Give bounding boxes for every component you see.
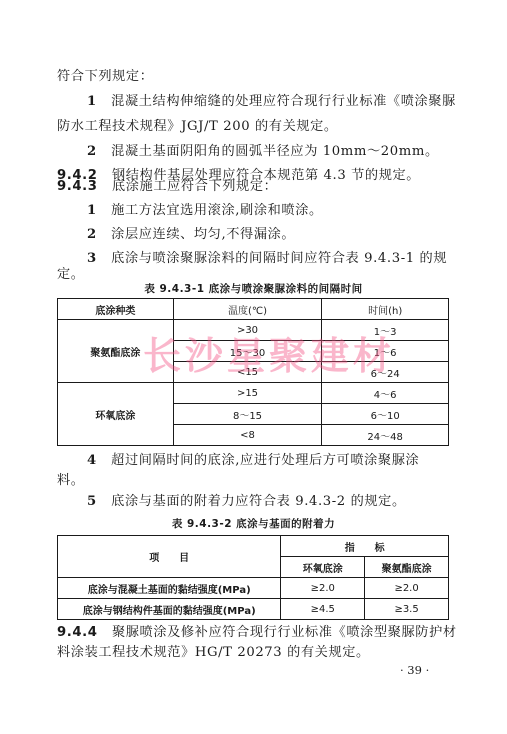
item-943-2: 2 涂层应连续、均匀,不得漏涂。 bbox=[87, 226, 295, 244]
header-item: 项 目 bbox=[58, 536, 281, 578]
table1-caption: 表 9.4.3-1 底涂与喷涂聚脲涂料的间隔时间 bbox=[0, 281, 507, 296]
item-943-4: 4 超过间隔时间的底涂,应进行处理后方可喷涂聚脲涂 bbox=[87, 452, 419, 470]
watermark: 长沙星聚建材 bbox=[143, 325, 395, 380]
time-cell: 4～6 bbox=[322, 383, 449, 404]
header-primer-type: 底涂种类 bbox=[58, 299, 174, 320]
temperature-cell: 8～15 bbox=[173, 404, 322, 425]
item-2: 2 混凝土基面阴阳角的圆弧半径应为 10mm～20mm。 bbox=[87, 143, 439, 161]
header-epoxy: 环氧底涂 bbox=[281, 557, 365, 578]
time-cell: 6～10 bbox=[322, 404, 449, 425]
table-header-row: 项 目 指 标 bbox=[58, 536, 449, 557]
header-polyurethane: 聚氨酯底涂 bbox=[365, 557, 449, 578]
primer-type-cell: 环氧底涂 bbox=[58, 383, 174, 446]
time-cell: 24～48 bbox=[322, 425, 449, 446]
value-cell: ≥2.0 bbox=[365, 578, 449, 599]
temperature-cell: >15 bbox=[173, 383, 322, 404]
value-cell: ≥3.5 bbox=[365, 599, 449, 620]
temperature-cell: <8 bbox=[173, 425, 322, 446]
value-cell: ≥2.0 bbox=[281, 578, 365, 599]
section-9-4-4: 9.4.4 聚脲喷涂及修补应符合现行行业标准《喷涂型聚脲防护材 bbox=[57, 624, 457, 642]
item-943-4-cont: 料。 bbox=[57, 472, 85, 490]
item-943-3: 3 底涂与喷涂聚脲涂料的间隔时间应符合表 9.4.3-1 的规 bbox=[87, 250, 447, 268]
item-cell: 底涂与钢结构件基面的黏结强度(MPa) bbox=[58, 599, 281, 620]
table-row: 环氧底涂 >15 4～6 bbox=[58, 383, 449, 404]
header-index: 指 标 bbox=[281, 536, 449, 557]
table-row: 底涂与钢结构件基面的黏结强度(MPa) ≥4.5 ≥3.5 bbox=[58, 599, 449, 620]
header-time: 时间(h) bbox=[322, 299, 449, 320]
adhesion-table: 项 目 指 标 环氧底涂 聚氨酯底涂 底涂与混凝土基面的黏结强度(MPa) ≥2… bbox=[57, 535, 449, 620]
header-temperature: 温度(℃) bbox=[173, 299, 322, 320]
page-number: · 39 · bbox=[400, 663, 429, 677]
paragraph-intro: 符合下列规定： bbox=[57, 68, 154, 86]
item-1-cont: 防水工程技术规程》JGJ/T 200 的有关规定。 bbox=[57, 118, 338, 136]
table-row: 底涂与混凝土基面的黏结强度(MPa) ≥2.0 ≥2.0 bbox=[58, 578, 449, 599]
item-943-1: 1 施工方法宜选用滚涂,刷涂和喷涂。 bbox=[87, 202, 323, 220]
item-1: 1 混凝土结构伸缩缝的处理应符合现行行业标准《喷涂聚脲 bbox=[87, 93, 456, 111]
value-cell: ≥4.5 bbox=[281, 599, 365, 620]
table2-caption: 表 9.4.3-2 底涂与基面的附着力 bbox=[0, 516, 507, 531]
table-header-row: 底涂种类 温度(℃) 时间(h) bbox=[58, 299, 449, 320]
section-9-4-4-cont: 料涂装工程技术规范》HG/T 20273 的有关规定。 bbox=[57, 644, 370, 662]
section-9-4-3: 9.4.3 底涂施工应符合下列规定： bbox=[57, 178, 277, 196]
item-cell: 底涂与混凝土基面的黏结强度(MPa) bbox=[58, 578, 281, 599]
item-943-5: 5 底涂与基面的附着力应符合表 9.4.3-2 的规定。 bbox=[87, 493, 406, 511]
